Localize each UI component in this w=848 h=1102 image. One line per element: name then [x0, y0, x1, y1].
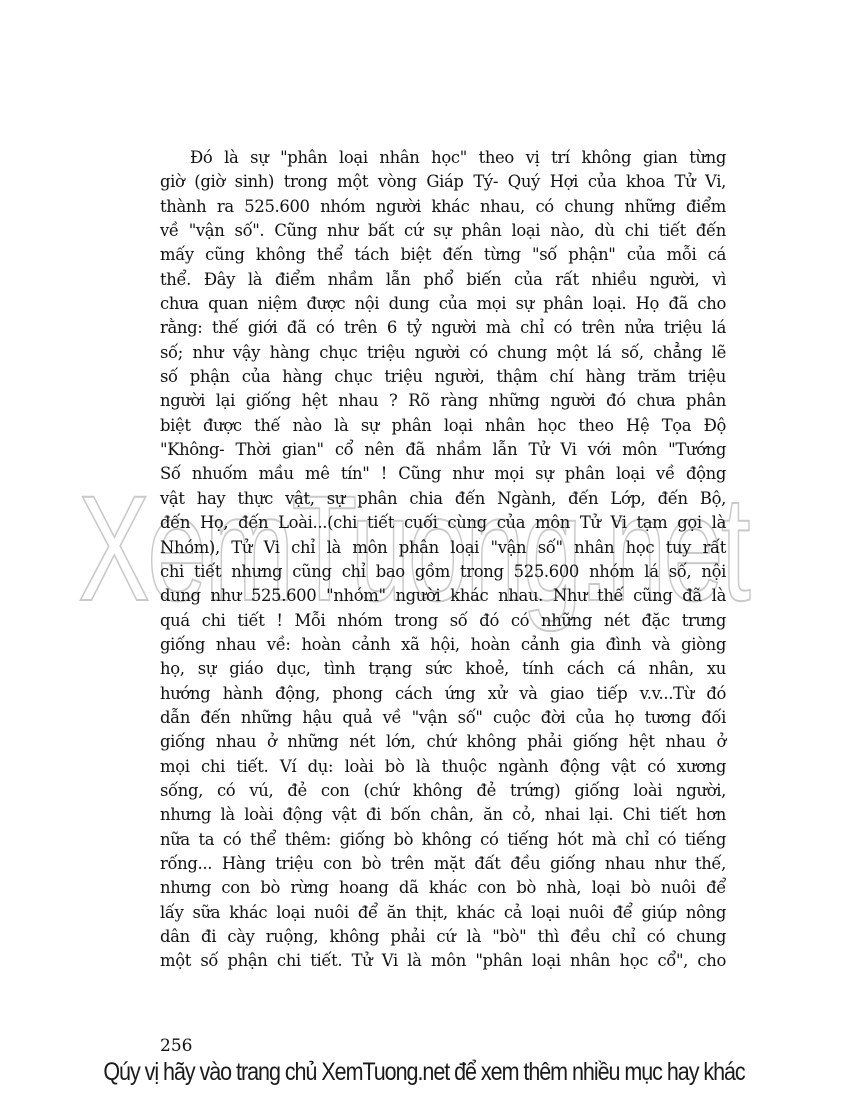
text-line: quá chi tiết ! Mỗi nhóm trong số đó có n… [160, 609, 726, 633]
text-line: người lại giống hệt nhau ? Rõ ràng những… [160, 389, 726, 413]
text-line: nữa ta có thể thêm: giống bò không có ti… [160, 828, 726, 852]
text-line: dẫn đến những hậu quả về "vận số" cuộc đ… [160, 706, 726, 730]
book-page: XemTuong.net Đó là sự "phân loại nhân họ… [0, 0, 848, 1102]
text-line: một số phận chi tiết. Tử Vi là môn "phân… [160, 949, 726, 973]
text-line: "Không- Thời gian" cổ nên đã nhầm lẫn Tử… [160, 438, 726, 462]
text-line: đến Họ, đến Loài...(chi tiết cuối cùng c… [160, 511, 726, 535]
text-line: thể. Đây là điểm nhầm lẫn phổ biến của r… [160, 268, 726, 292]
text-line: Số nhuốm mầu mê tín" ! Cũng như mọi sự p… [160, 462, 726, 486]
text-line: sống, có vú, đẻ con (chứ không đẻ trứng)… [160, 779, 726, 803]
text-line: thành ra 525.600 nhóm người khác nhau, c… [160, 195, 726, 219]
body-paragraph: Đó là sự "phân loại nhân học" theo vị tr… [160, 146, 726, 974]
text-line: họ, sự giáo dục, tình trạng sức khoẻ, tí… [160, 657, 726, 681]
text-line: mọi chi tiết. Ví dụ: loài bò là thuộc ng… [160, 755, 726, 779]
text-line: Nhóm), Tử Vi chỉ là môn phân loại "vận s… [160, 536, 726, 560]
text-line: số phận của hàng chục triệu người, thậm … [160, 365, 726, 389]
text-line: dân đi cày ruộng, không phải cứ là "bò" … [160, 925, 726, 949]
text-line: Đó là sự "phân loại nhân học" theo vị tr… [160, 146, 726, 170]
text-line: hướng hành động, phong cách ứng xử và gi… [160, 682, 726, 706]
text-line: biệt được thế nào là sự phân loại nhân h… [160, 414, 726, 438]
text-line: giờ (giờ sinh) trong một vòng Giáp Tý- Q… [160, 170, 726, 194]
text-line: chi tiết nhưng cũng chỉ bao gồm trong 52… [160, 560, 726, 584]
text-line: mấy cũng không thể tách biệt đến từng "s… [160, 243, 726, 267]
text-line: vật hay thực vật, sự phân chia đến Ngành… [160, 487, 726, 511]
text-line: giống nhau về: hoàn cảnh xã hội, hoàn cả… [160, 633, 726, 657]
text-line: rống... Hàng triệu con bò trên mặt đất đ… [160, 852, 726, 876]
text-line: về "vận số". Cũng như bất cứ sự phân loạ… [160, 219, 726, 243]
page-number: 256 [160, 1036, 192, 1056]
text-line: số; như vậy hàng chục triệu người có chu… [160, 341, 726, 365]
text-line: dung như 525.600 "nhóm" người khác nhau.… [160, 584, 726, 608]
text-line: giống nhau ở những nét lớn, chứ không ph… [160, 730, 726, 754]
text-line: rằng: thế giới đã có trên 6 tỷ người mà … [160, 316, 726, 340]
text-line: nhưng con bò rừng hoang dã khác con bò n… [160, 876, 726, 900]
footer-promo-text: Qúy vị hãy vào trang chủ XemTuong.net để… [59, 1058, 788, 1087]
text-line: nhưng là loài động vật đi bốn chân, ăn c… [160, 803, 726, 827]
text-line: chưa quan niệm được nội dung của mọi sự … [160, 292, 726, 316]
text-line: lấy sữa khác loại nuôi để ăn thịt, khác … [160, 901, 726, 925]
